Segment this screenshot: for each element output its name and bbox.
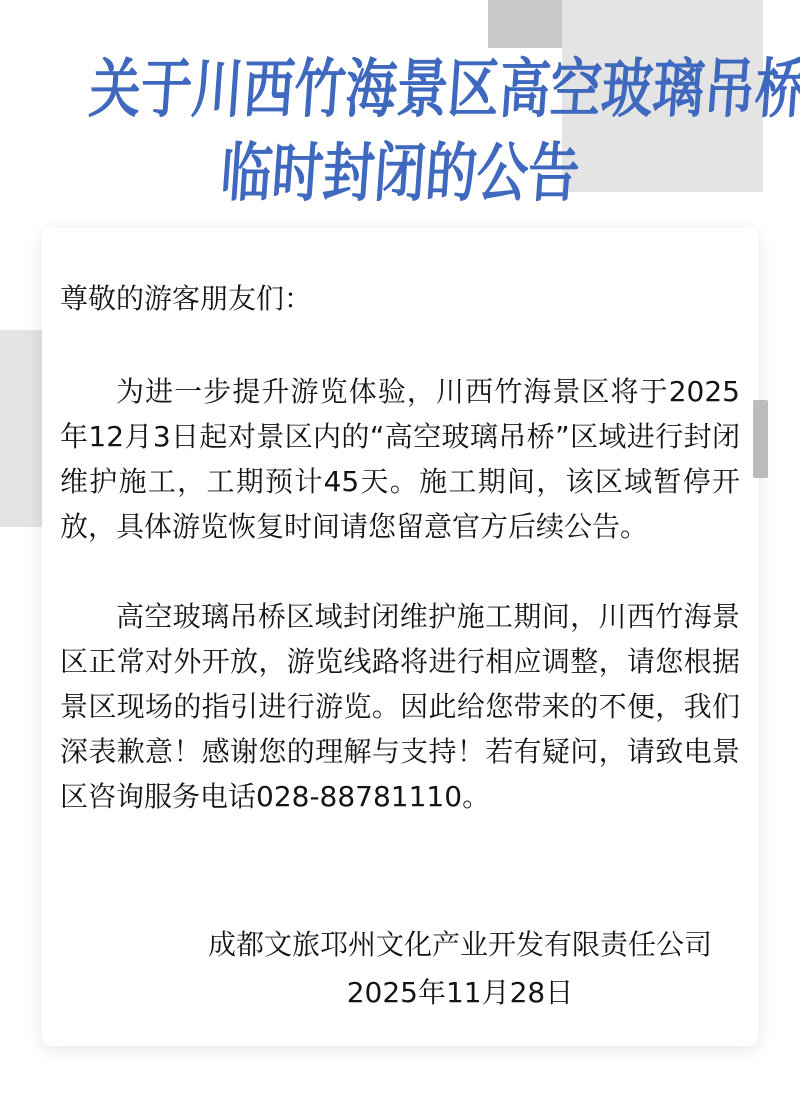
- page-title: 关于川西竹海景区高空玻璃吊桥 临时封闭的公告: [0, 48, 800, 216]
- company-name: 成都文旅邛州文化产业开发有限责任公司: [120, 921, 800, 969]
- signature-block: 成都文旅邛州文化产业开发有限责任公司 2025年11月28日: [120, 921, 800, 1017]
- scrollbar-thumb[interactable]: [753, 400, 768, 478]
- notice-paragraph-2: 高空玻璃吊桥区域封闭维护施工期间，川西竹海景区正常对外开放，游览线路将进行相应调…: [60, 594, 740, 819]
- notice-date: 2025年11月28日: [120, 969, 800, 1017]
- greeting: 尊敬的游客朋友们：: [60, 276, 740, 321]
- notice-card: 尊敬的游客朋友们： 为进一步提升游览体验，川西竹海景区将于2025年12月3日起…: [42, 228, 758, 1046]
- decor-gray-square: [488, 0, 562, 48]
- page-title-line-2: 临时封闭的公告: [218, 132, 582, 216]
- announcement-page: 关于川西竹海景区高空玻璃吊桥 临时封闭的公告 尊敬的游客朋友们： 为进一步提升游…: [0, 0, 800, 1095]
- notice-paragraph-1: 为进一步提升游览体验，川西竹海景区将于2025年12月3日起对景区内的“高空玻璃…: [60, 369, 740, 549]
- page-title-line-1: 关于川西竹海景区高空玻璃吊桥: [87, 48, 800, 132]
- decor-gray-rect-left: [0, 330, 42, 527]
